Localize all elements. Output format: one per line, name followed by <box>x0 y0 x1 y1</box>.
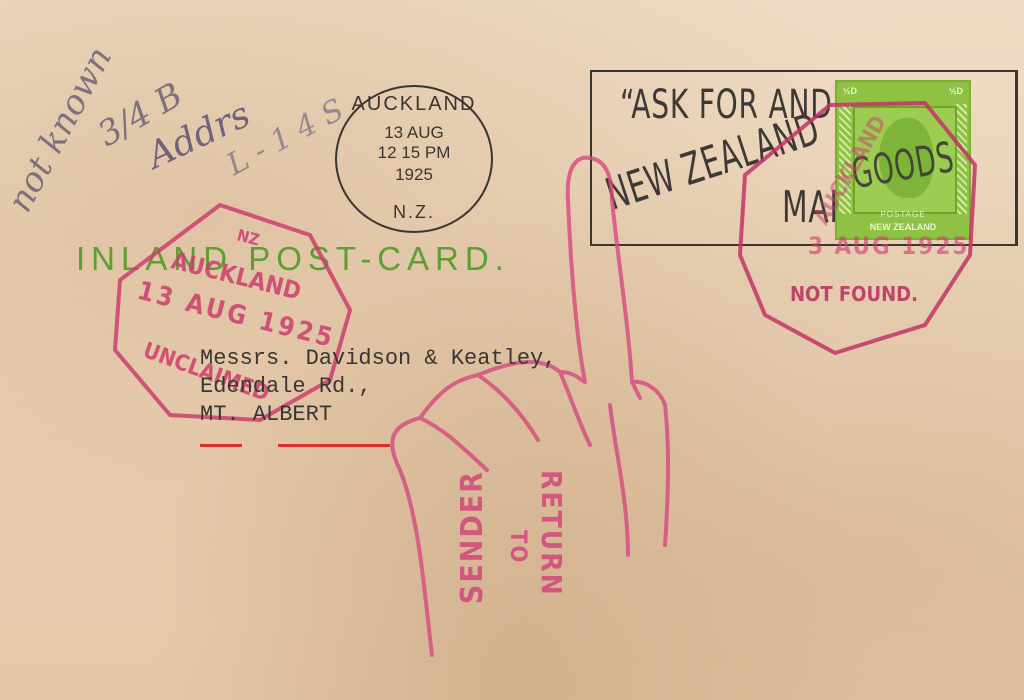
postcard: not known 3/4 B Addrs L - 1 4 S “ASK FOR… <box>0 0 1024 700</box>
recipient-address: Messrs. Davidson & Keatley, Edendale Rd.… <box>200 345 556 429</box>
return-text-word-3: SENDER <box>455 470 490 604</box>
address-line-1: Messrs. Davidson & Keatley, <box>200 345 556 373</box>
return-text-word-1: RETURN <box>535 470 568 645</box>
address-line-2: Edendale Rd., <box>200 373 556 401</box>
not-found-stamp-status: NOT FOUND. <box>790 282 918 306</box>
address-underline-mt <box>200 444 242 447</box>
return-text-word-2: TO <box>505 530 530 564</box>
not-found-stamp-date: 3 AUG 1925 <box>808 232 969 260</box>
address-underline-albert <box>278 444 390 447</box>
address-line-3: MT. ALBERT <box>200 401 556 429</box>
